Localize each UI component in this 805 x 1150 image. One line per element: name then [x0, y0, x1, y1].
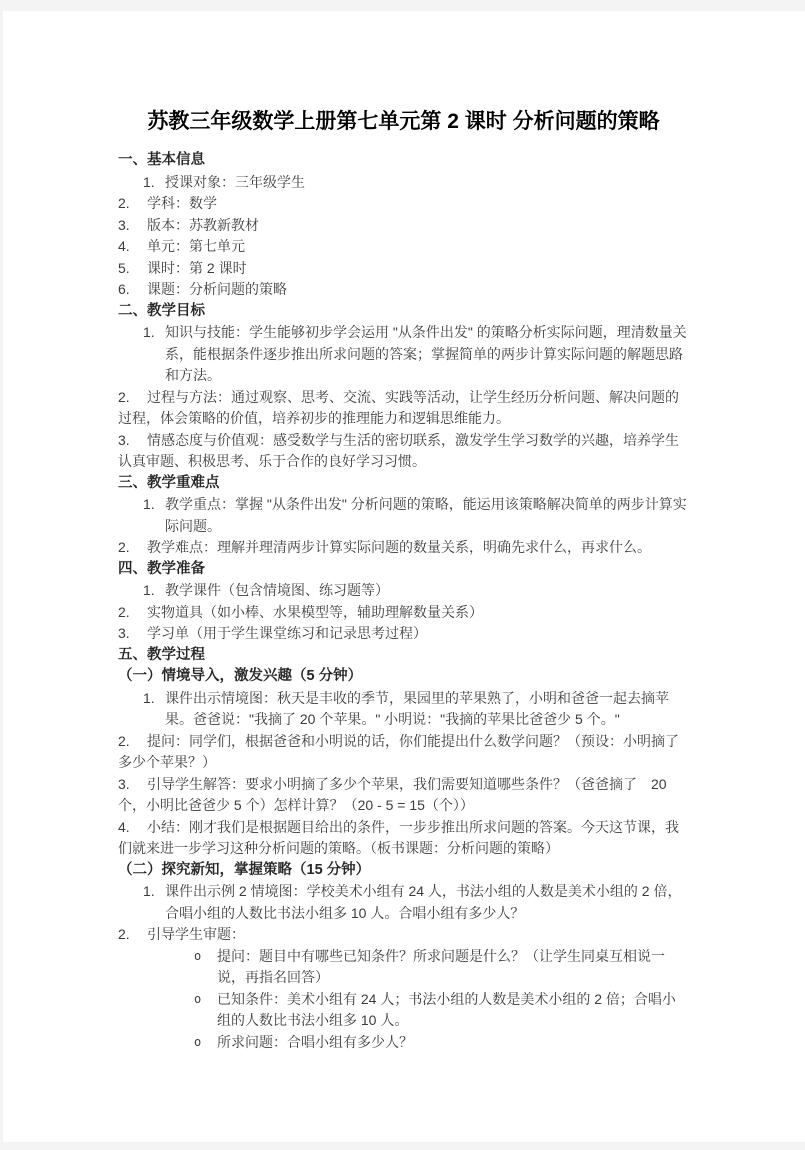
list-item-text: 情感态度与价值观：感受数学与生活的密切联系，激发学生学习数学的兴趣，培养学生认真… [118, 432, 679, 470]
list-item: 6.课题：分析问题的策略 [118, 279, 689, 301]
list-marker: 1. [143, 688, 165, 731]
list-item-text: 实物道具（如小棒、水果模型等，辅助理解数量关系） [147, 604, 483, 620]
document-page: 苏教三年级数学上册第七单元第 2 课时 分析问题的策略 一、基本信息 1.授课对… [3, 11, 805, 1142]
section-heading-preparation: 四、教学准备 [118, 559, 689, 581]
list-marker: 2. [118, 537, 147, 559]
list-marker: 2. [118, 602, 147, 624]
list-marker: 1. [143, 881, 165, 924]
list-item: 1.教学课件（包含情境图、练习题等） [118, 580, 689, 602]
list-item: 5.课时：第 2 课时 [118, 258, 689, 280]
list-item: 2.提问：同学们，根据爸爸和小明说的话，你们能提出什么数学问题？（预设：小明摘了… [118, 731, 689, 774]
list-item-text: 引导学生审题： [147, 926, 245, 942]
list-marker: 3. [118, 430, 147, 452]
bullet-marker: o [194, 946, 217, 989]
list-item-text: 课时：第 2 课时 [147, 260, 247, 276]
list-marker: 2. [118, 924, 147, 946]
list-marker: 3. [118, 215, 147, 237]
list-item: 2.过程与方法：通过观察、思考、交流、实践等活动，让学生经历分析问题、解决问题的… [118, 387, 689, 430]
bullet-marker: o [194, 989, 217, 1032]
document-title: 苏教三年级数学上册第七单元第 2 课时 分析问题的策略 [118, 107, 689, 137]
list-marker: 2. [118, 731, 147, 753]
list-item-text: 学科：数学 [147, 195, 217, 211]
list-item-text: 小结：刚才我们是根据题目给出的条件，一步步推出所求问题的答案。今天这节课，我们就… [118, 819, 679, 857]
bullet-item-text: 已知条件：美术小组有 24 人；书法小组的人数是美术小组的 2 倍；合唱小组的人… [217, 989, 689, 1032]
section-heading-teaching-goals: 二、教学目标 [118, 301, 689, 323]
list-item: 2.学科：数学 [118, 193, 689, 215]
list-item: 2.教学难点：理解并理清两步计算实际问题的数量关系，明确先求什么，再求什么。 [118, 537, 689, 559]
list-item: 1.教学重点：掌握 "从条件出发" 分析问题的策略，能运用该策略解决简单的两步计… [118, 494, 689, 537]
list-item-text: 学习单（用于学生课堂练习和记录思考过程） [147, 625, 427, 641]
list-marker: 1. [143, 172, 165, 194]
list-item: 3.情感态度与价值观：感受数学与生活的密切联系，激发学生学习数学的兴趣，培养学生… [118, 430, 689, 473]
document-content: 苏教三年级数学上册第七单元第 2 课时 分析问题的策略 一、基本信息 1.授课对… [3, 11, 805, 1053]
viewer-background: 苏教三年级数学上册第七单元第 2 课时 分析问题的策略 一、基本信息 1.授课对… [0, 0, 805, 1150]
bullet-item-text: 所求问题：合唱小组有多少人？ [217, 1032, 689, 1054]
list-marker: 3. [118, 774, 147, 796]
list-marker: 2. [118, 193, 147, 215]
list-item-text: 知识与技能：学生能够初步学会运用 "从条件出发" 的策略分析实际问题，理清数量关… [165, 322, 689, 387]
list-item-text: 课题：分析问题的策略 [147, 281, 287, 297]
list-marker: 1. [143, 322, 165, 387]
list-item: 2.引导学生审题： [118, 924, 689, 946]
list-item: 1.授课对象：三年级学生 [118, 172, 689, 194]
section-heading-basic-info: 一、基本信息 [118, 150, 689, 172]
list-item-text: 课件出示情境图：秋天是丰收的季节，果园里的苹果熟了，小明和爸爸一起去摘苹果。爸爸… [165, 688, 689, 731]
list-item: 4.小结：刚才我们是根据题目给出的条件，一步步推出所求问题的答案。今天这节课，我… [118, 817, 689, 860]
list-item: 1.知识与技能：学生能够初步学会运用 "从条件出发" 的策略分析实际问题，理清数… [118, 322, 689, 387]
bullet-item: o已知条件：美术小组有 24 人；书法小组的人数是美术小组的 2 倍；合唱小组的… [118, 989, 689, 1032]
list-marker: 4. [118, 236, 147, 258]
list-item-text: 教学难点：理解并理清两步计算实际问题的数量关系，明确先求什么，再求什么。 [147, 539, 651, 555]
list-item-text: 提问：同学们，根据爸爸和小明说的话，你们能提出什么数学问题？（预设：小明摘了多少… [118, 733, 679, 771]
list-marker: 3. [118, 623, 147, 645]
list-item: 3.版本：苏教新教材 [118, 215, 689, 237]
section-heading-teaching-process: 五、教学过程 [118, 645, 689, 667]
list-item: 1.课件出示例 2 情境图：学校美术小组有 24 人，书法小组的人数是美术小组的… [118, 881, 689, 924]
list-item-text: 单元：第七单元 [147, 238, 245, 254]
list-item-text: 教学重点：掌握 "从条件出发" 分析问题的策略，能运用该策略解决简单的两步计算实… [165, 494, 689, 537]
list-marker: 4. [118, 817, 147, 839]
bullet-item: o所求问题：合唱小组有多少人？ [118, 1032, 689, 1054]
list-marker: 1. [143, 580, 165, 602]
bullet-marker: o [194, 1032, 217, 1054]
list-item: 4.单元：第七单元 [118, 236, 689, 258]
list-item-text: 过程与方法：通过观察、思考、交流、实践等活动，让学生经历分析问题、解决问题的过程… [118, 389, 679, 427]
bullet-item: o提问：题目中有哪些已知条件？所求问题是什么？（让学生同桌互相说一说，再指名回答… [118, 946, 689, 989]
list-item: 3.学习单（用于学生课堂练习和记录思考过程） [118, 623, 689, 645]
list-item-text: 引导学生解答：要求小明摘了多少个苹果，我们需要知道哪些条件？（爸爸摘了 20 个… [118, 776, 667, 814]
list-marker: 5. [118, 258, 147, 280]
subsection-heading-explore: （二）探究新知，掌握策略（15 分钟） [118, 860, 689, 882]
list-item: 2.实物道具（如小棒、水果模型等，辅助理解数量关系） [118, 602, 689, 624]
list-marker: 6. [118, 279, 147, 301]
list-marker: 2. [118, 387, 147, 409]
list-item: 1.课件出示情境图：秋天是丰收的季节，果园里的苹果熟了，小明和爸爸一起去摘苹果。… [118, 688, 689, 731]
list-item-text: 版本：苏教新教材 [147, 217, 259, 233]
list-marker: 1. [143, 494, 165, 537]
list-item: 3.引导学生解答：要求小明摘了多少个苹果，我们需要知道哪些条件？（爸爸摘了 20… [118, 774, 689, 817]
list-item-text: 课件出示例 2 情境图：学校美术小组有 24 人，书法小组的人数是美术小组的 2… [165, 881, 689, 924]
bullet-item-text: 提问：题目中有哪些已知条件？所求问题是什么？（让学生同桌互相说一说，再指名回答） [217, 946, 689, 989]
list-item-text: 教学课件（包含情境图、练习题等） [165, 580, 689, 602]
section-heading-key-difficulties: 三、教学重难点 [118, 473, 689, 495]
subsection-heading-intro: （一）情境导入，激发兴趣（5 分钟） [118, 666, 689, 688]
list-item-text: 授课对象：三年级学生 [165, 172, 689, 194]
